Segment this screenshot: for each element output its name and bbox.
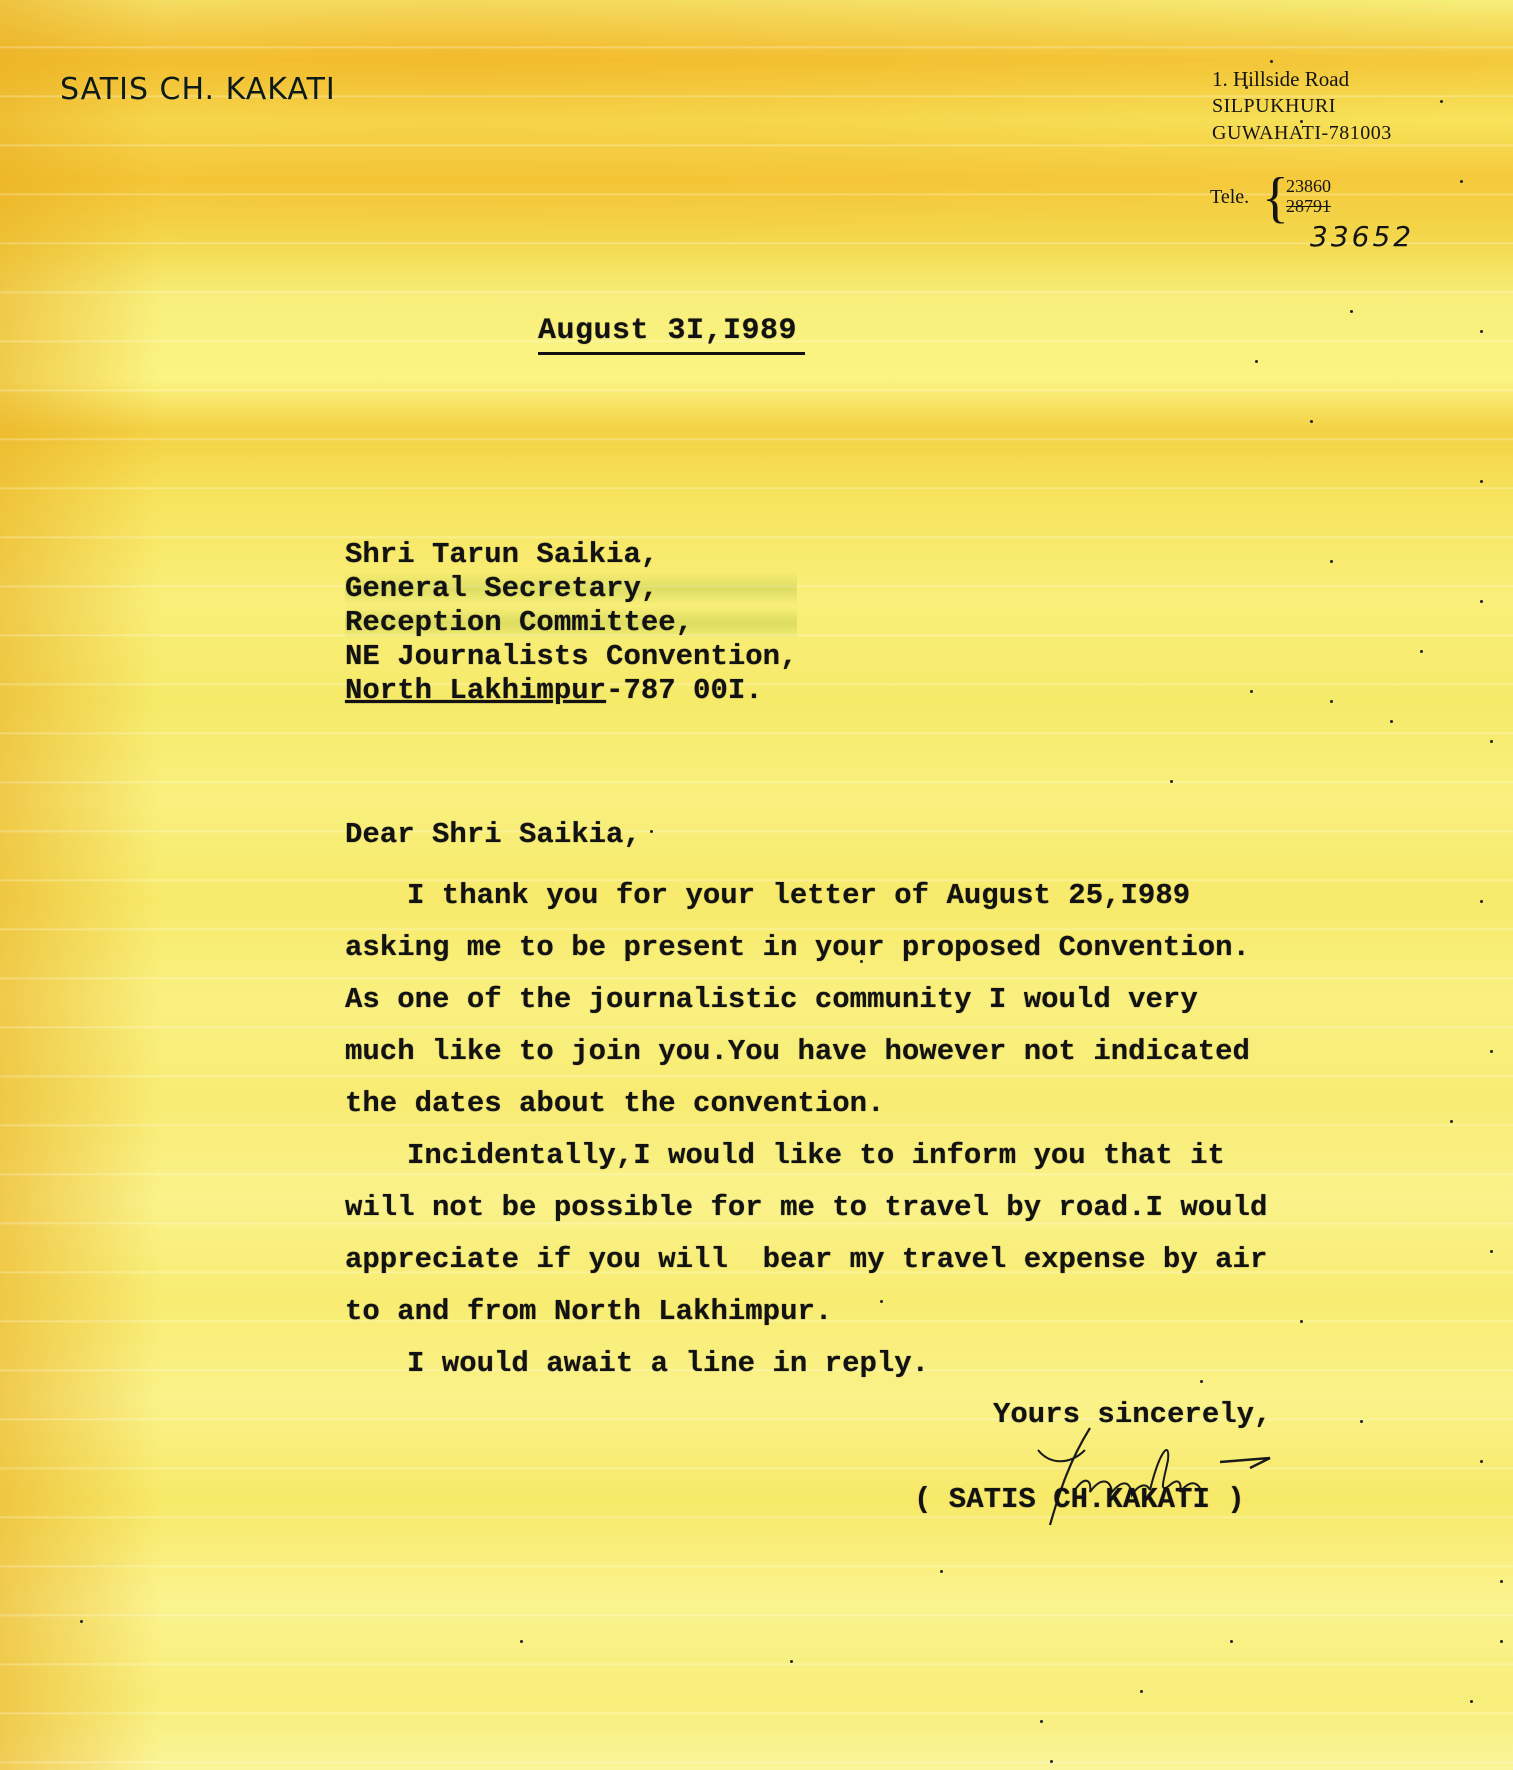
salutation: Dear Shri Saikia, bbox=[345, 818, 641, 851]
recipient-city: North Lakhimpur bbox=[345, 674, 606, 707]
telephone-label: Tele. bbox=[1210, 186, 1249, 209]
scan-speck bbox=[1040, 1720, 1043, 1723]
recipient-line-2: General Secretary, bbox=[345, 572, 797, 606]
scan-speck bbox=[1470, 1700, 1473, 1703]
body-line: the dates about the convention. bbox=[345, 1078, 1485, 1130]
scan-speck bbox=[1140, 1690, 1143, 1693]
body-line: to and from North Lakhimpur. bbox=[345, 1286, 1485, 1338]
scan-speck bbox=[1490, 1250, 1493, 1253]
body-line: I thank you for your letter of August 25… bbox=[345, 870, 1485, 922]
recipient-pin: -787 00I. bbox=[606, 674, 763, 707]
scan-speck bbox=[80, 1620, 83, 1623]
scan-speck bbox=[1350, 310, 1353, 313]
scan-speck bbox=[1390, 720, 1393, 723]
paper-stain-left bbox=[0, 0, 160, 1770]
scan-speck bbox=[1480, 1460, 1483, 1463]
scan-speck bbox=[940, 1570, 943, 1573]
body-line: much like to join you.You have however n… bbox=[345, 1026, 1485, 1078]
body-line: will not be possible for me to travel by… bbox=[345, 1182, 1485, 1234]
scan-speck bbox=[1250, 690, 1253, 693]
scan-speck bbox=[1500, 1640, 1503, 1643]
scan-speck bbox=[1360, 1420, 1363, 1423]
letterhead-address: 1. Hillside Road SILPUKHURI GUWAHATI-781… bbox=[1212, 66, 1392, 147]
scan-speck bbox=[1420, 650, 1423, 653]
scan-speck bbox=[1330, 700, 1333, 703]
address-line-3: GUWAHATI-781003 bbox=[1212, 120, 1392, 147]
signatory-name: ( SATIS CH.KAKATI ) bbox=[914, 1483, 1245, 1516]
scan-speck bbox=[1480, 480, 1483, 483]
recipient-line-3: Reception Committee, bbox=[345, 606, 797, 640]
scan-speck bbox=[1490, 740, 1493, 743]
scan-speck bbox=[1480, 330, 1483, 333]
telephone-number-1: 23860 bbox=[1286, 176, 1331, 197]
scan-speck bbox=[520, 1640, 523, 1643]
body-line: Incidentally,I would like to inform you … bbox=[345, 1130, 1485, 1182]
letter-date: August 3I,I989 bbox=[538, 314, 805, 355]
recipient-address: Shri Tarun Saikia, General Secretary, Re… bbox=[345, 538, 797, 708]
scan-speck bbox=[1255, 360, 1258, 363]
scan-speck bbox=[1170, 780, 1173, 783]
telephone-number-struck: 28791 bbox=[1286, 196, 1331, 217]
address-line-2: SILPUKHURI bbox=[1212, 93, 1392, 120]
letter-body: I thank you for your letter of August 25… bbox=[345, 870, 1485, 1390]
body-line: appreciate if you will bear my travel ex… bbox=[345, 1234, 1485, 1286]
scan-speck bbox=[1050, 1760, 1053, 1763]
body-line: I would await a line in reply. bbox=[345, 1338, 1485, 1390]
scan-speck bbox=[1270, 60, 1273, 63]
letterhead-name: SATIS CH. KAKATI bbox=[60, 72, 336, 107]
telephone-number-handwritten: 33652 bbox=[1310, 220, 1414, 253]
scan-speck bbox=[1330, 560, 1333, 563]
recipient-line-1: Shri Tarun Saikia, bbox=[345, 538, 797, 572]
address-line-1: 1. Hillside Road bbox=[1212, 66, 1392, 93]
scan-speck bbox=[650, 830, 653, 833]
scan-speck bbox=[1460, 180, 1463, 183]
body-line: asking me to be present in your proposed… bbox=[345, 922, 1485, 974]
body-line: As one of the journalistic community I w… bbox=[345, 974, 1485, 1026]
scan-speck bbox=[1230, 1640, 1233, 1643]
recipient-line-5: North Lakhimpur-787 00I. bbox=[345, 674, 797, 708]
brace-icon: { bbox=[1262, 170, 1289, 226]
scan-speck bbox=[1490, 1050, 1493, 1053]
scan-speck bbox=[1480, 600, 1483, 603]
scan-speck bbox=[1500, 1580, 1503, 1583]
scan-speck bbox=[790, 1660, 793, 1663]
scan-speck bbox=[1440, 100, 1443, 103]
scan-speck bbox=[1310, 420, 1313, 423]
recipient-line-4: NE Journalists Convention, bbox=[345, 640, 797, 674]
